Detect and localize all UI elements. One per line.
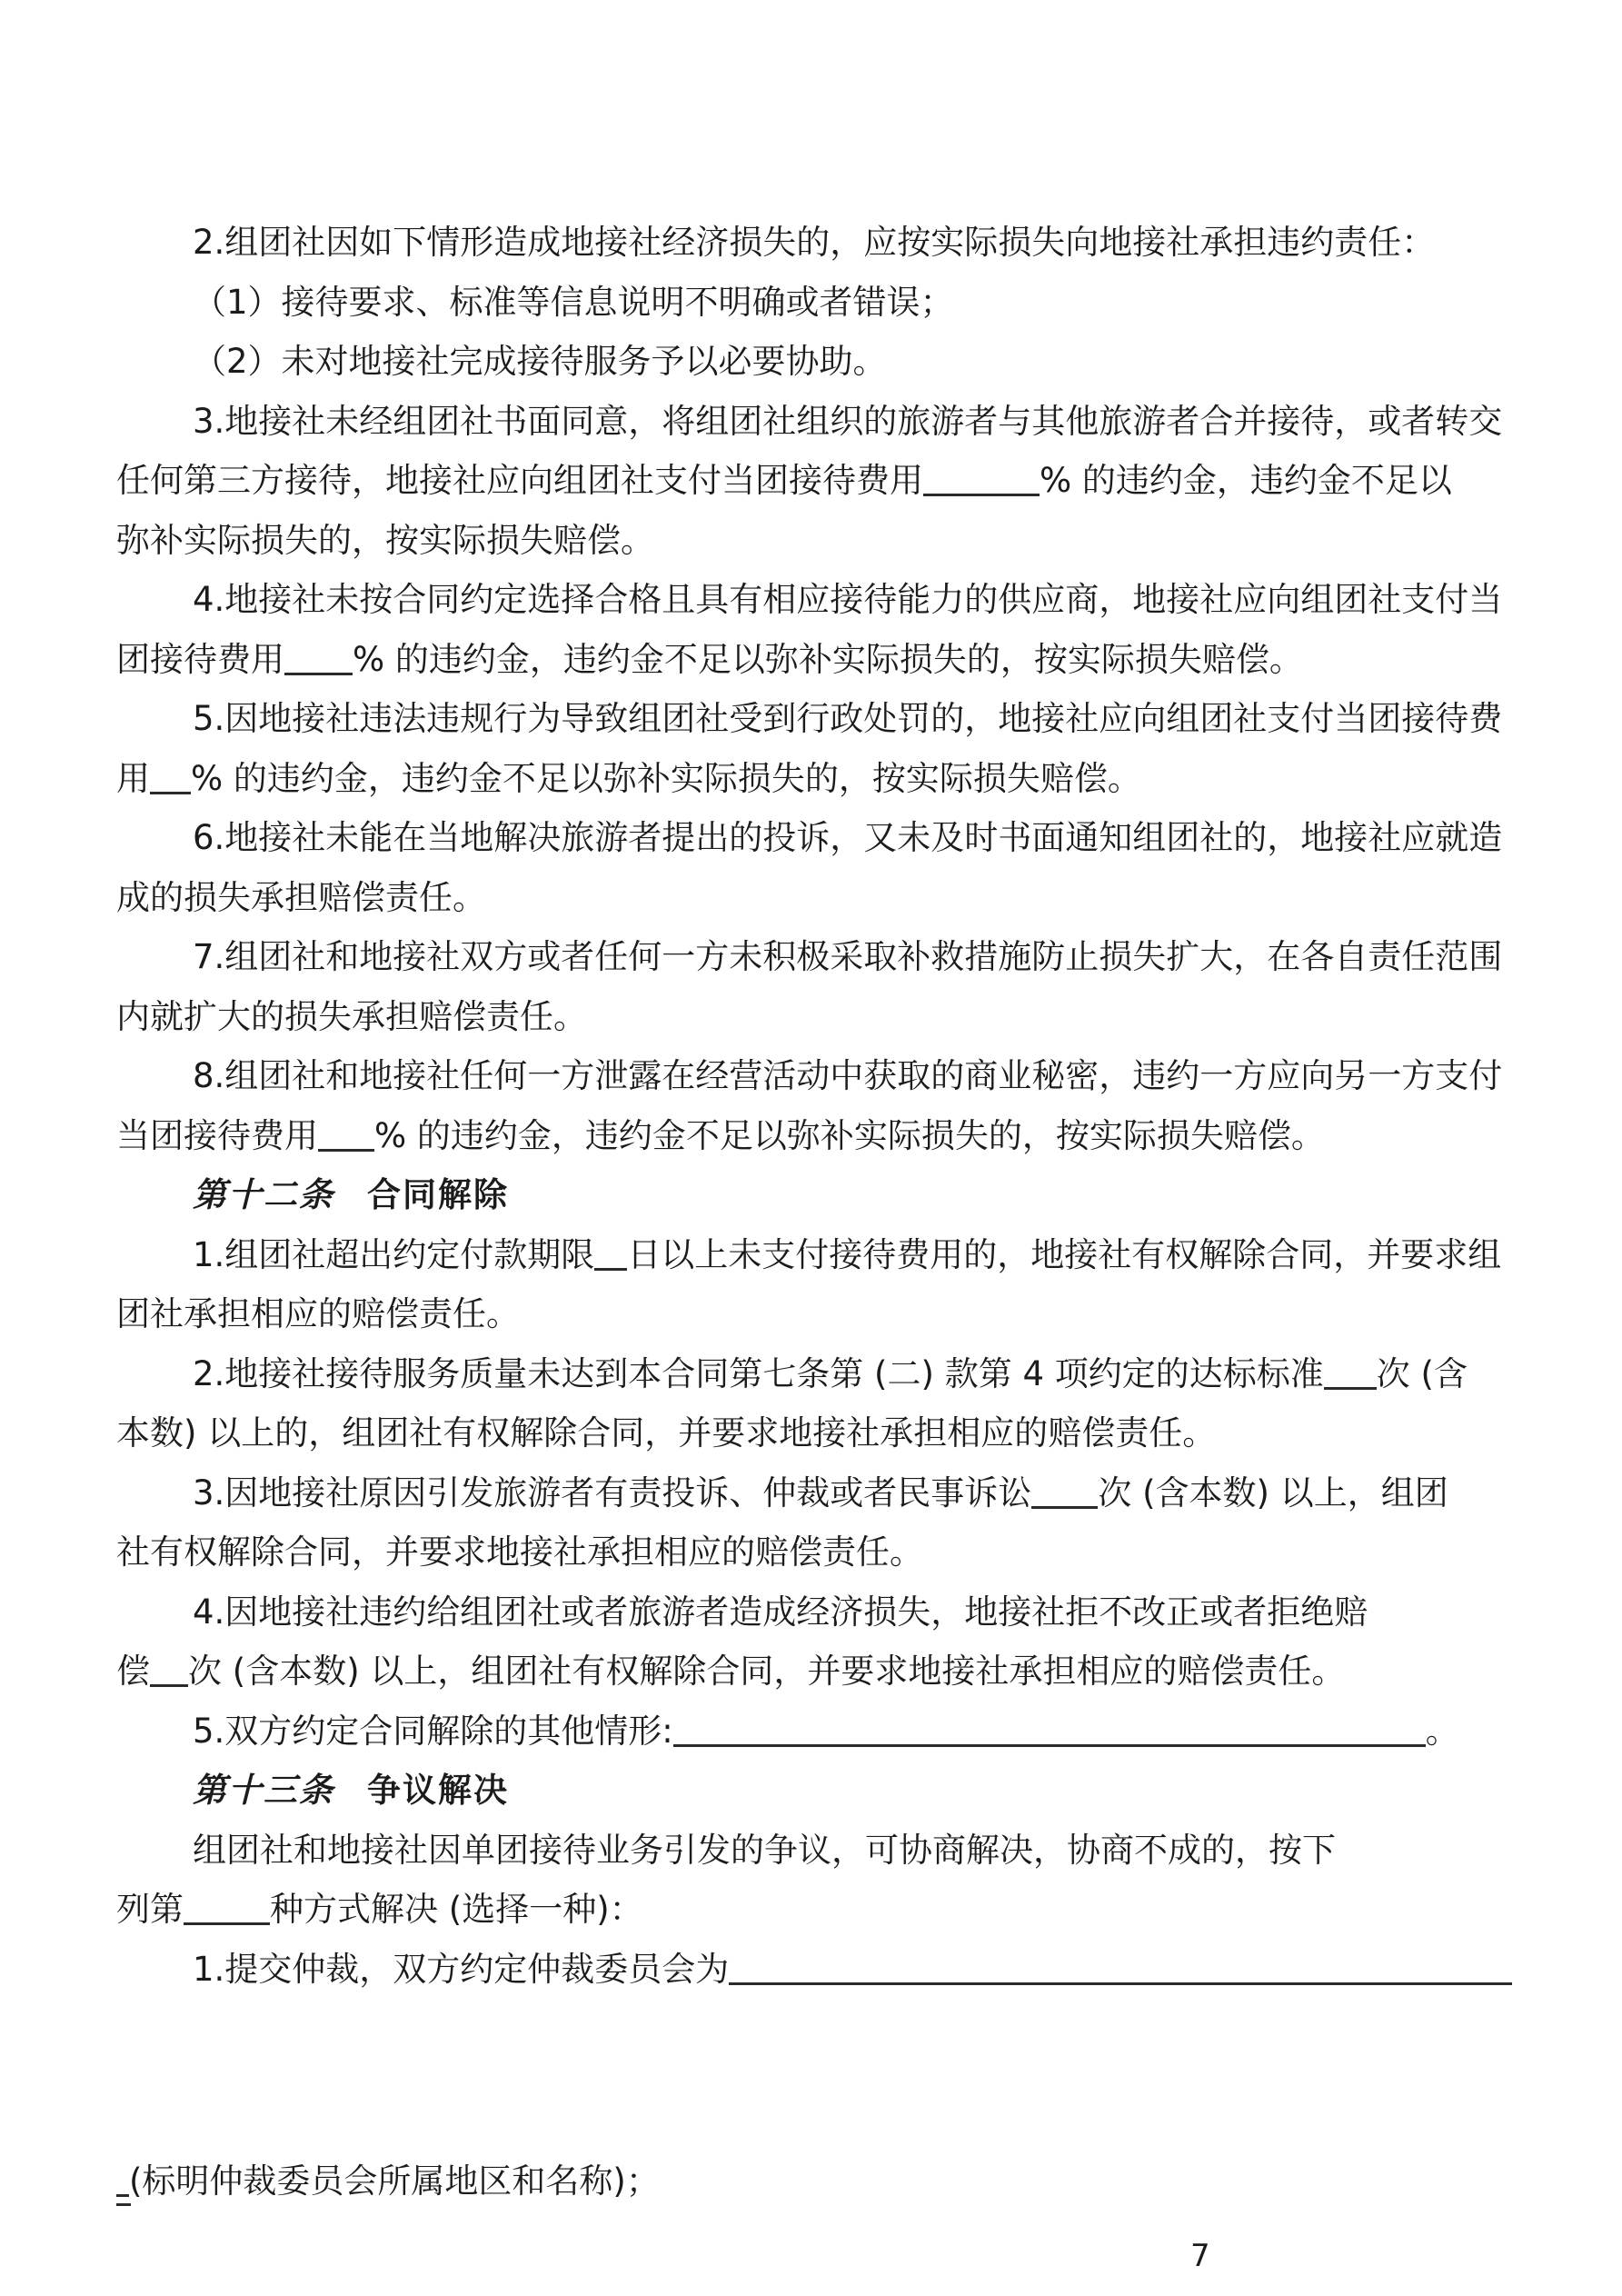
text-segment: 列第 xyxy=(116,1890,184,1929)
text-line: 本数) 以上的，组团社有权解除合同，并要求地接社承担相应的赔偿责任。 xyxy=(116,1403,1506,1463)
text-segment: 用 xyxy=(116,759,150,798)
text-segment: 2.地接社接待服务质量未达到本合同第七条第 (二) 款第 4 项约定的达标标准 xyxy=(193,1354,1324,1393)
text-line: 6.地接社未能在当地解决旅游者提出的投诉，又未及时书面通知组团社的，地接社应就造 xyxy=(116,808,1506,868)
article-title: 合同解除 xyxy=(367,1175,509,1214)
text-line: 当团接待费用% 的违约金，违约金不足以弥补实际损失的，按实际损失赔偿。 xyxy=(116,1106,1506,1166)
article-number: 第十三条 xyxy=(193,1771,334,1810)
text-segment: 1.组团社超出约定付款期限 xyxy=(193,1235,594,1274)
text-segment: 3.地接社未经组团社书面同意，将组团社组织的旅游者与其他旅游者合并接待，或者转交 xyxy=(193,402,1502,441)
text-line: 4.地接社未按合同约定选择合格且具有相应接待能力的供应商，地接社应向组团社支付当 xyxy=(116,570,1506,630)
text-line: 1.提交仲裁，双方约定仲裁委员会为 xyxy=(116,1940,1506,2000)
text-line: 3.因地接社原因引发旅游者有责投诉、仲裁或者民事诉讼次 (含本数) 以上，组团 xyxy=(116,1463,1506,1523)
text-line: 4.因地接社违约给组团社或者旅游者造成经济损失，地接社拒不改正或者拒绝赔 xyxy=(116,1582,1506,1642)
text-segment: % 的违约金，违约金不足以弥补实际损失的，按实际损失赔偿。 xyxy=(353,640,1303,679)
text-line: 5.因地接社违法违规行为导致组团社受到行政处罚的，地接社应向组团社支付当团接待费 xyxy=(116,689,1506,749)
blank-field xyxy=(923,490,1040,496)
text-line: 团社承担相应的赔偿责任。 xyxy=(116,1284,1506,1344)
text-segment: 次 (含 xyxy=(1377,1354,1468,1393)
contract-page: 2.组团社因如下情形造成地接社经济损失的，应按实际损失向地接社承担违约责任：（1… xyxy=(0,0,1622,2296)
text-segment: 3.因地接社原因引发旅游者有责投诉、仲裁或者民事诉讼 xyxy=(193,1473,1031,1512)
blank-field xyxy=(729,1979,1512,1985)
text-segment: 组团社和地接社因单团接待业务引发的争议，可协商解决，协商不成的，按下 xyxy=(193,1831,1336,1870)
text-segment: % 的违约金，违约金不足以弥补实际损失的，按实际损失赔偿。 xyxy=(374,1116,1325,1155)
text-segment: 内就扩大的损失承担赔偿责任。 xyxy=(116,997,587,1036)
text-segment: % 的违约金，违约金不足以 xyxy=(1040,461,1452,500)
text-segment: 次 (含本数) 以上，组团社有权解除合同，并要求地接社承担相应的赔偿责任。 xyxy=(188,1652,1345,1691)
blank-field xyxy=(184,1919,270,1925)
text-line: 组团社和地接社因单团接待业务引发的争议，可协商解决，协商不成的，按下 xyxy=(116,1821,1506,1881)
text-segment: % 的违约金，违约金不足以弥补实际损失的，按实际损失赔偿。 xyxy=(191,759,1141,798)
text-line: （1）接待要求、标准等信息说明不明确或者错误； xyxy=(116,273,1506,333)
text-segment: 成的损失承担赔偿责任。 xyxy=(116,878,486,917)
page-number: 7 xyxy=(1190,2238,1210,2274)
text-line: 弥补实际损失的，按实际损失赔偿。 xyxy=(116,511,1506,571)
text-segment: 本数) 以上的，组团社有权解除合同，并要求地接社承担相应的赔偿责任。 xyxy=(116,1413,1216,1452)
text-segment: 次 (含本数) 以上，组团 xyxy=(1098,1473,1448,1512)
text-segment: 6.地接社未能在当地解决旅游者提出的投诉，又未及时书面通知组团社的，地接社应就造 xyxy=(193,818,1502,857)
text-segment: 社有权解除合同，并要求地接社承担相应的赔偿责任。 xyxy=(116,1532,923,1572)
text-line: 8.组团社和地接社任何一方泄露在经营活动中获取的商业秘密，违约一方应向另一方支付 xyxy=(116,1046,1506,1106)
text-line: (标明仲裁委员会所属地区和名称)； xyxy=(116,2151,1506,2211)
text-line: （2）未对地接社完成接待服务予以必要协助。 xyxy=(116,332,1506,392)
text-line: 团接待费用% 的违约金，违约金不足以弥补实际损失的，按实际损失赔偿。 xyxy=(116,630,1506,690)
text-segment: 5.双方约定合同解除的其他情形: xyxy=(193,1712,673,1751)
text-segment: （1）接待要求、标准等信息说明不明确或者错误； xyxy=(193,283,954,322)
text-segment: 7.组团社和地接社双方或者任何一方未积极采取补救措施防止损失扩大，在各自责任范围 xyxy=(193,937,1502,976)
text-segment: 。 xyxy=(1426,1712,1459,1751)
blank-field xyxy=(594,1264,627,1271)
text-line: 7.组团社和地接社双方或者任何一方未积极采取补救措施防止损失扩大，在各自责任范围 xyxy=(116,927,1506,987)
text-line: 3.地接社未经组团社书面同意，将组团社组织的旅游者与其他旅游者合并接待，或者转交 xyxy=(116,392,1506,452)
blank-field xyxy=(318,1145,374,1152)
text-line: 偿次 (含本数) 以上，组团社有权解除合同，并要求地接社承担相应的赔偿责任。 xyxy=(116,1642,1506,1702)
text-segment: 4.因地接社违约给组团社或者旅游者造成经济损失，地接社拒不改正或者拒绝赔 xyxy=(193,1592,1368,1632)
text-segment: 当团接待费用 xyxy=(116,1116,318,1155)
text-line: 2.地接社接待服务质量未达到本合同第七条第 (二) 款第 4 项约定的达标标准次… xyxy=(116,1344,1506,1404)
text-line: 2.组团社因如下情形造成地接社经济损失的，应按实际损失向地接社承担违约责任： xyxy=(116,213,1506,273)
stray-dash xyxy=(116,2203,131,2206)
text-line: 第十二条合同解除 xyxy=(116,1165,1506,1225)
article-title: 争议解决 xyxy=(367,1771,509,1810)
text-line: 第十三条争议解决 xyxy=(116,1761,1506,1821)
text-segment: 任何第三方接待，地接社应向组团社支付当团接待费用 xyxy=(116,461,923,500)
text-segment: 8.组团社和地接社任何一方泄露在经营活动中获取的商业秘密，违约一方应向另一方支付 xyxy=(193,1056,1502,1095)
blank-field xyxy=(1031,1502,1098,1509)
text-segment: (标明仲裁委员会所属地区和名称)； xyxy=(129,2161,660,2201)
text-segment: 4.地接社未按合同约定选择合格且具有相应接待能力的供应商，地接社应向组团社支付当 xyxy=(193,580,1502,619)
document-body: 2.组团社因如下情形造成地接社经济损失的，应按实际损失向地接社承担违约责任：（1… xyxy=(116,213,1506,2211)
blank-field xyxy=(673,1741,1426,1747)
text-segment: 偿 xyxy=(116,1652,150,1691)
text-segment: （2）未对地接社完成接待服务予以必要协助。 xyxy=(193,342,887,381)
text-line: 成的损失承担赔偿责任。 xyxy=(116,868,1506,928)
blank-field xyxy=(284,669,353,675)
text-segment: 团社承担相应的赔偿责任。 xyxy=(116,1294,520,1333)
text-segment: 1.提交仲裁，双方约定仲裁委员会为 xyxy=(193,1950,729,1989)
text-segment: 弥补实际损失的，按实际损失赔偿。 xyxy=(116,521,654,560)
text-segment: 5.因地接社违法违规行为导致组团社受到行政处罚的，地接社应向组团社支付当团接待费 xyxy=(193,699,1502,738)
text-line: 5.双方约定合同解除的其他情形:。 xyxy=(116,1702,1506,1762)
text-segment: 团接待费用 xyxy=(116,640,284,679)
blank-field xyxy=(150,1681,188,1687)
text-line: 列第种方式解决 (选择一种)： xyxy=(116,1880,1506,1940)
text-line: 社有权解除合同，并要求地接社承担相应的赔偿责任。 xyxy=(116,1522,1506,1582)
text-line: 1.组团社超出约定付款期限日以上未支付接待费用的，地接社有权解除合同，并要求组 xyxy=(116,1225,1506,1285)
text-segment: 种方式解决 (选择一种)： xyxy=(270,1890,643,1929)
blank-field xyxy=(150,788,191,794)
text-segment: 2.组团社因如下情形造成地接社经济损失的，应按实际损失向地接社承担违约责任： xyxy=(193,223,1435,262)
blank-field xyxy=(116,2191,129,2197)
text-line: 任何第三方接待，地接社应向组团社支付当团接待费用% 的违约金，违约金不足以 xyxy=(116,451,1506,511)
text-segment: 日以上未支付接待费用的，地接社有权解除合同，并要求组 xyxy=(627,1235,1501,1274)
blank-field xyxy=(1324,1383,1377,1390)
text-line: 用% 的违约金，违约金不足以弥补实际损失的，按实际损失赔偿。 xyxy=(116,749,1506,809)
text-line: 内就扩大的损失承担赔偿责任。 xyxy=(116,987,1506,1047)
article-number: 第十二条 xyxy=(193,1175,334,1214)
